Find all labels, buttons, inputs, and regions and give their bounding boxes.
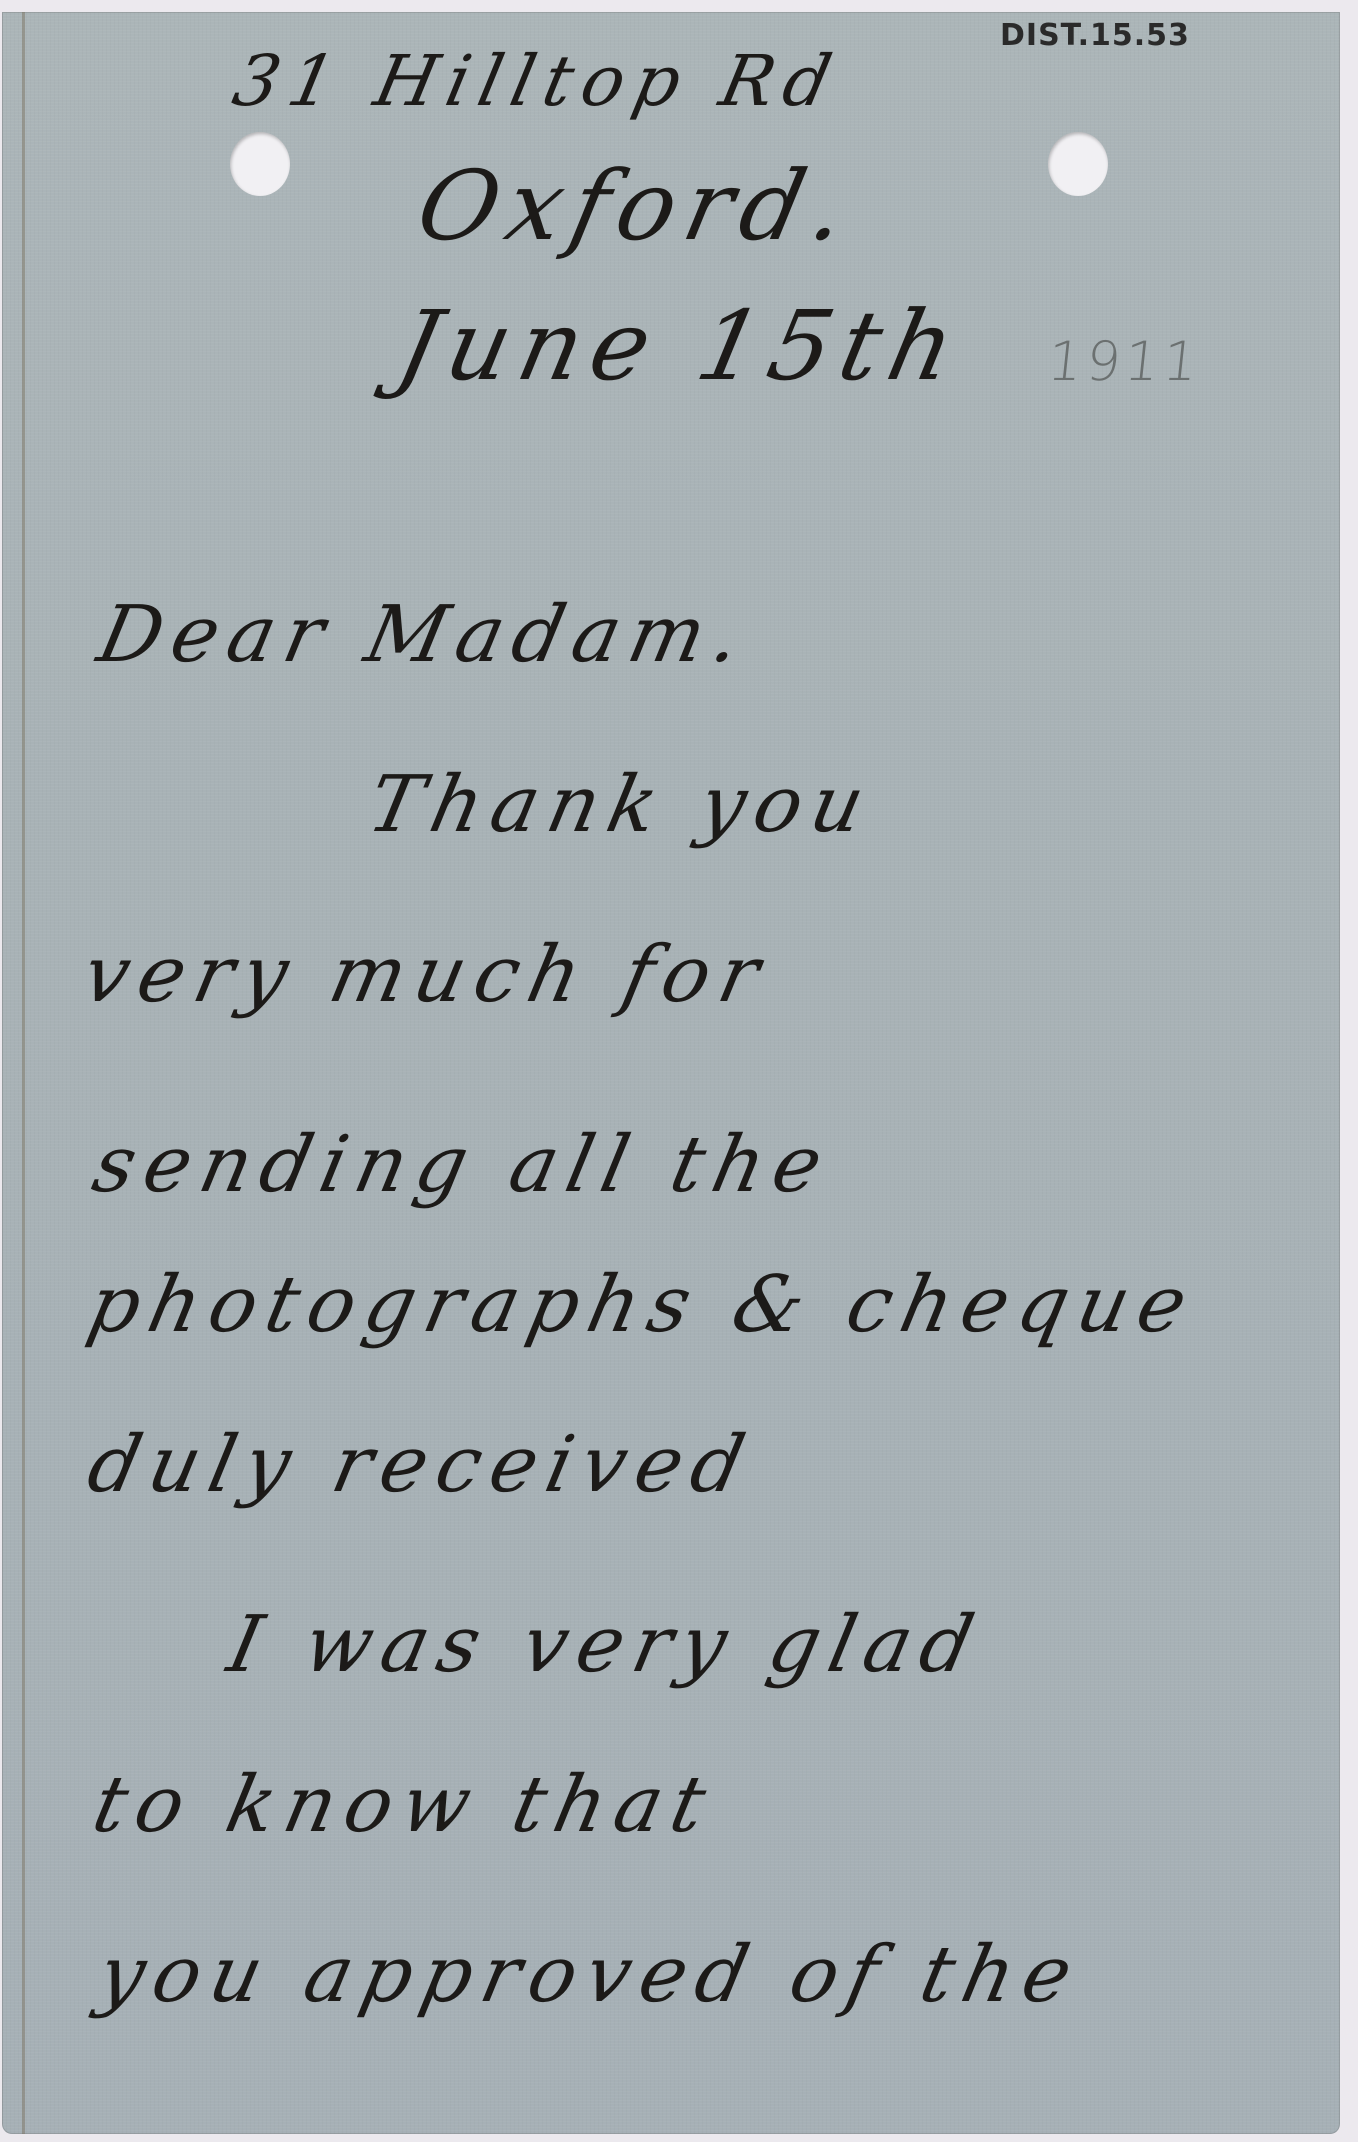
- body-line: duly received: [80, 1420, 762, 1510]
- body-line: to know that: [85, 1760, 723, 1850]
- address-line: 31 Hilltop Rd: [226, 40, 848, 122]
- archive-reference: DIST.15.53: [1000, 18, 1190, 53]
- punch-hole-right: [1048, 132, 1108, 196]
- body-line: you approved of the: [90, 1930, 1089, 2020]
- pencil-year-annotation: 1911: [1045, 330, 1205, 393]
- body-line: very much for: [75, 930, 777, 1020]
- body-line: photographs & cheque: [80, 1260, 1204, 1350]
- punch-hole-left: [230, 132, 290, 196]
- paper-fold-line: [22, 12, 25, 2134]
- city-line: Oxford.: [408, 150, 866, 262]
- body-line: I was very glad: [220, 1600, 991, 1690]
- date-line: June 15th: [388, 290, 974, 402]
- body-line: Thank you: [360, 760, 881, 850]
- salutation: Dear Madam.: [90, 590, 758, 680]
- body-line: sending all the: [85, 1120, 839, 1210]
